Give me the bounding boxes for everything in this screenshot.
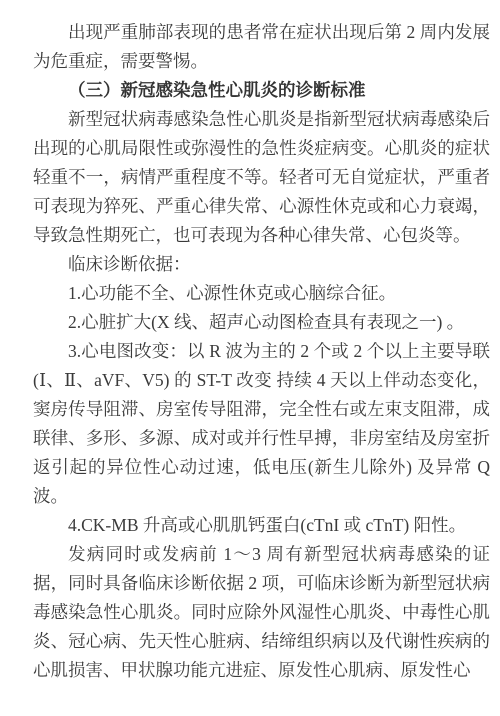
paragraph-diagnosis-conclusion: 发病同时或发病前 1～3 周有新型冠状病毒感染的证据，同时具备临床诊断依据 2 …	[33, 540, 490, 685]
document-page: 出现严重肺部表现的患者常在症状出现后第 2 周内发展为危重症，需要警惕。 （三）…	[0, 0, 500, 716]
paragraph-clinical-basis-label: 临床诊断依据：	[33, 250, 490, 279]
list-item-1-cardiac-insufficiency: 1.心功能不全、心源性休克或心脑综合征。	[33, 279, 490, 308]
document-body: 出现严重肺部表现的患者常在症状出现后第 2 周内发展为危重症，需要警惕。 （三）…	[33, 18, 490, 685]
list-item-4-ckmb-troponin: 4.CK-MB 升高或心肌肌钙蛋白(cTnI 或 cTnT) 阳性。	[33, 511, 490, 540]
list-item-3-ecg-changes: 3.心电图改变：以 R 波为主的 2 个或 2 个以上主要导联(Ⅰ、Ⅱ、aVF、…	[33, 337, 490, 511]
section-heading-myocarditis-criteria: （三）新冠感染急性心肌炎的诊断标准	[33, 76, 490, 105]
list-item-2-cardiac-enlargement: 2.心脏扩大(X 线、超声心动图检查具有表现之一) 。	[33, 308, 490, 337]
paragraph-pneumonia-warning: 出现严重肺部表现的患者常在症状出现后第 2 周内发展为危重症，需要警惕。	[33, 18, 490, 76]
paragraph-myocarditis-definition: 新型冠状病毒感染急性心肌炎是指新型冠状病毒感染后出现的心肌局限性或弥漫性的急性炎…	[33, 105, 490, 250]
